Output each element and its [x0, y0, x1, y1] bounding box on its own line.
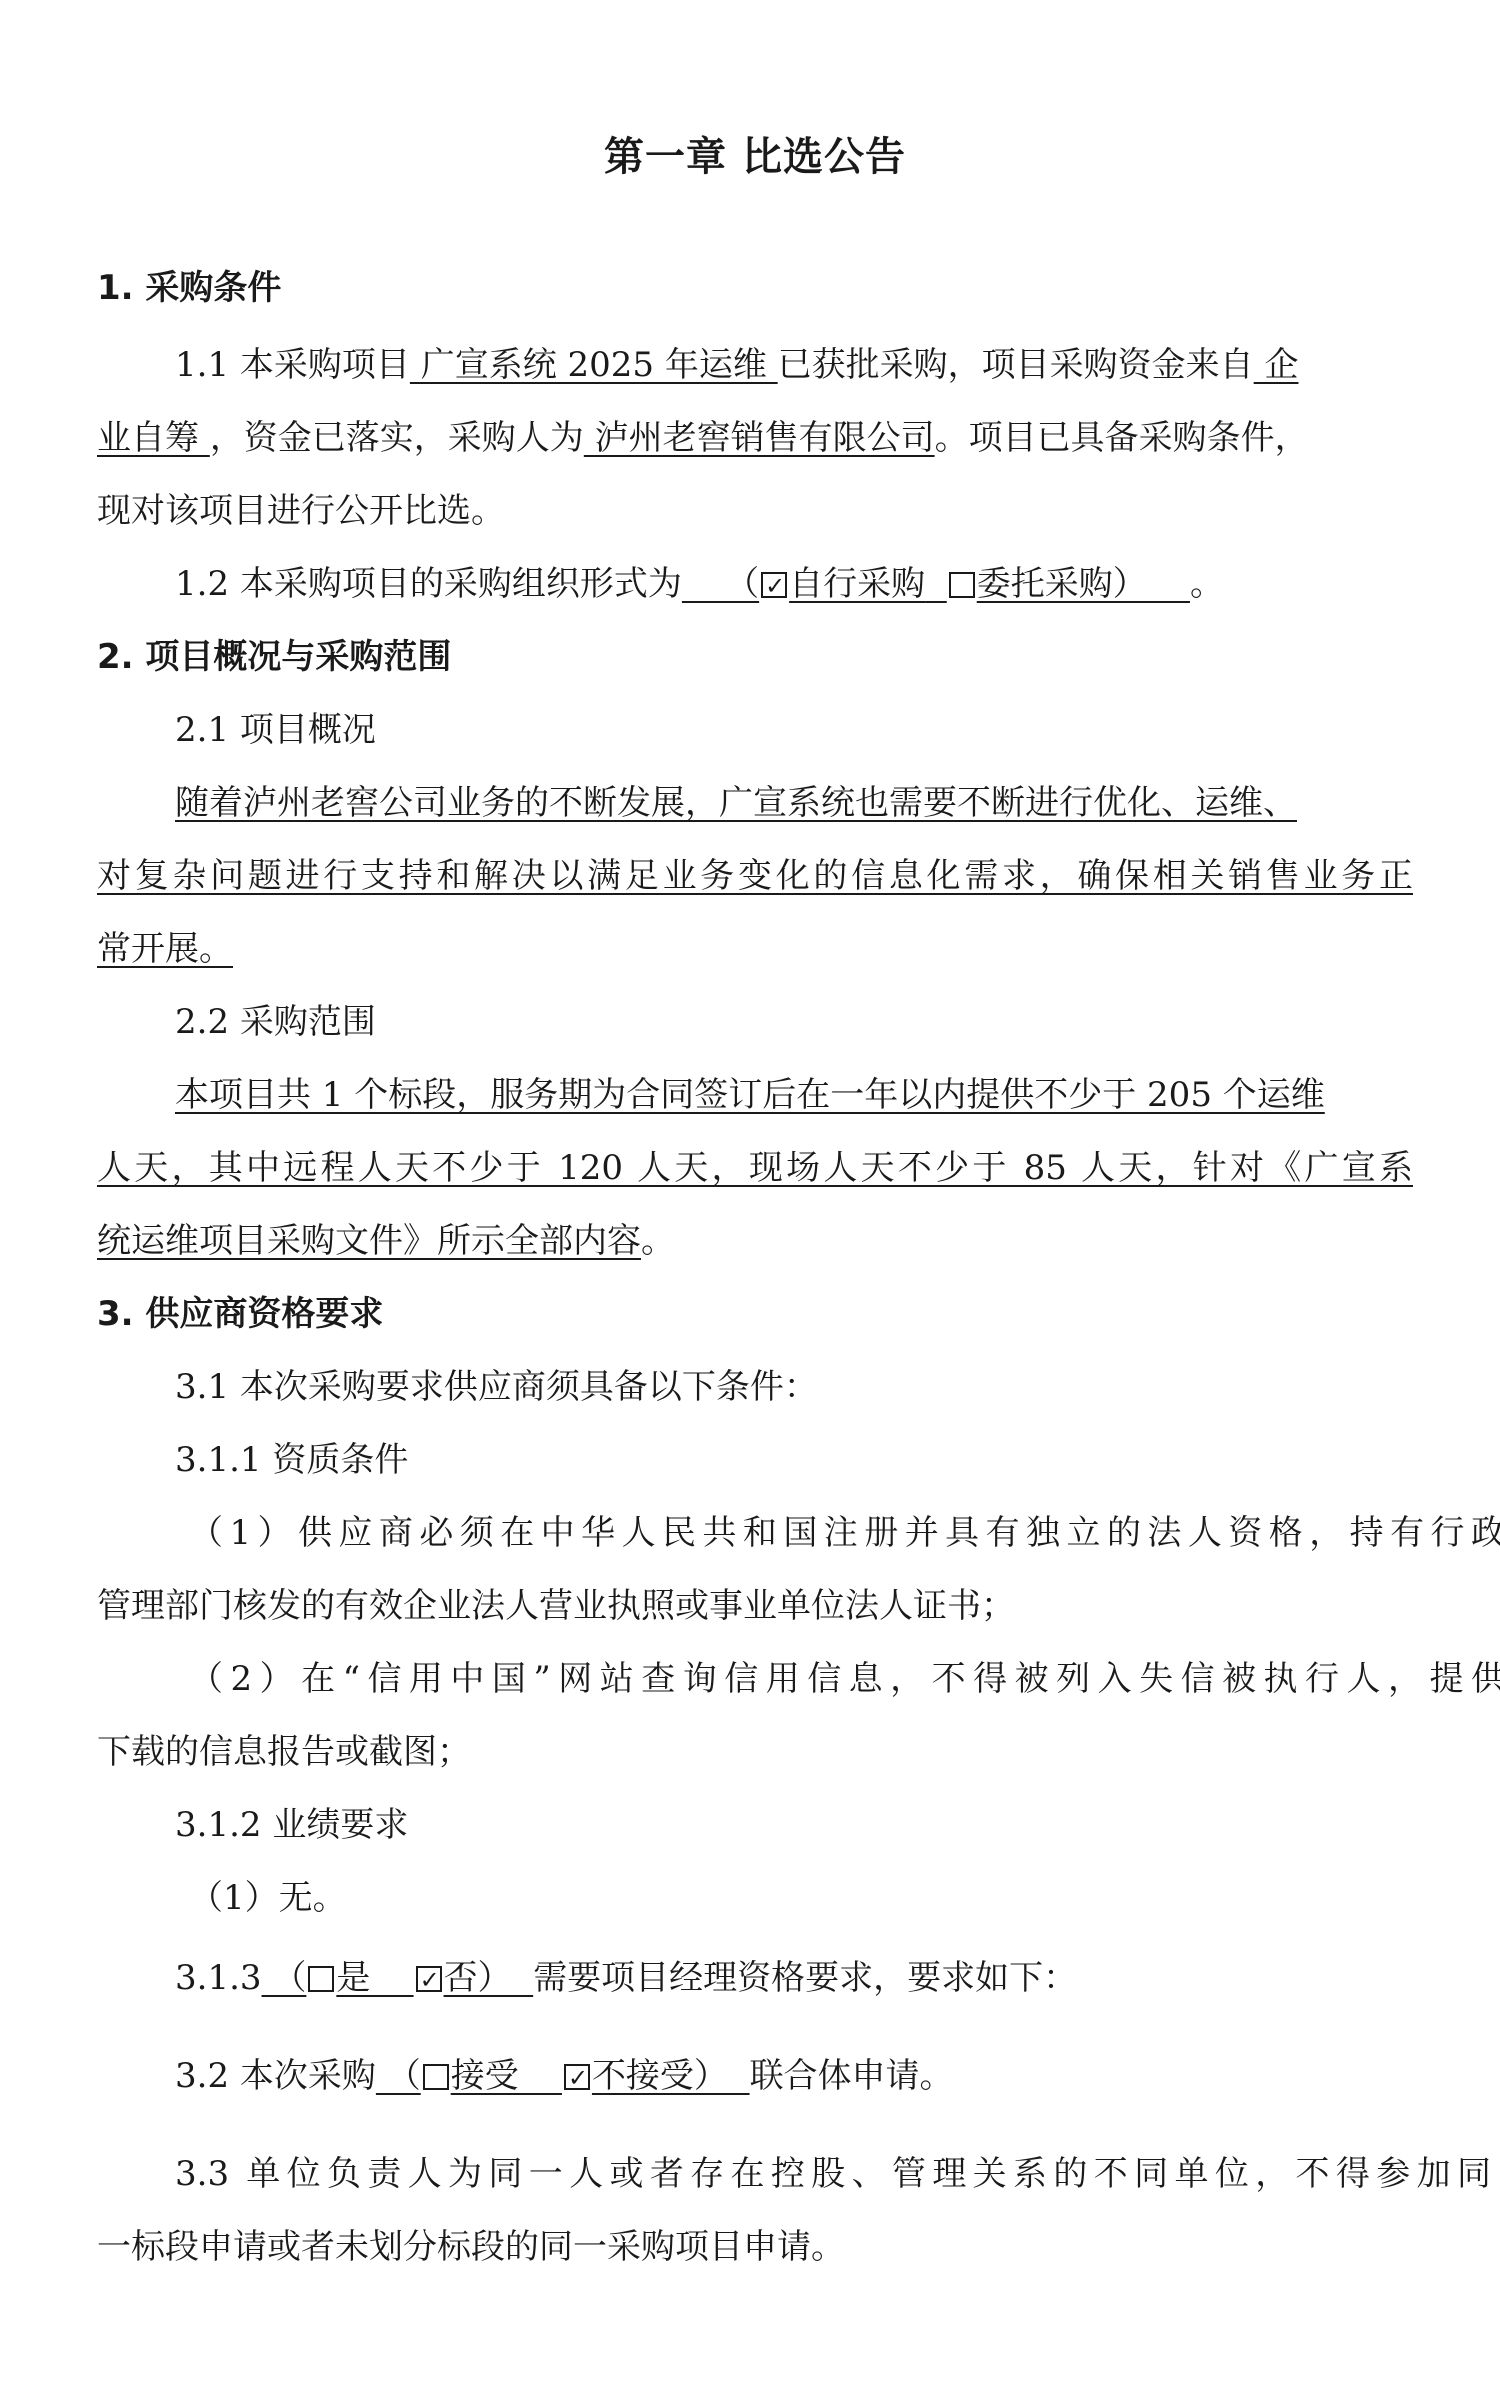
para-1-1-mid2: ，资金已落实，采购人为 [210, 418, 584, 458]
procurement-form-options: （自行采购 委托采购） [682, 564, 1190, 604]
performance-item-1: （1）无。 [97, 1878, 1500, 1918]
section-3-2-prefix: 3.2 本次采购 [175, 2056, 376, 2096]
section-3-2: 3.2 本次采购 （接受 不接受） 联合体申请。 [97, 2056, 1491, 2096]
fund-source-part1: 企 [1254, 345, 1299, 385]
scope-line-3-text: 统运维项目采购文件》所示全部内容 [97, 1221, 641, 1261]
scope-line-1: 本项目共 1 个标段，服务期为合同签订后在一年以内提供不少于 205 个运维 [97, 1075, 1491, 1115]
checkbox-self-procurement[interactable] [761, 572, 787, 598]
checkbox-consortium-accept[interactable] [423, 2064, 449, 2090]
section-3-heading: 3. 供应商资格要求 [97, 1294, 1413, 1334]
para-1-2-tail: 。 [1190, 564, 1224, 604]
section-3-1-3-tail: 需要项目经理资格要求，要求如下： [533, 1958, 1077, 1998]
pm-no-label: 否） [444, 1958, 534, 1998]
para-1-1-line-3: 现对该项目进行公开比选。 [97, 491, 1413, 531]
scope-line-3: 统运维项目采购文件》所示全部内容。 [97, 1221, 1413, 1261]
section-3-1-text: 3.1 本次采购要求供应商须具备以下条件： [97, 1367, 1491, 1407]
section-3-3-line-2: 一标段申请或者未划分标段的同一采购项目申请。 [97, 2227, 1413, 2267]
purchaser-name: 泸州老窖销售有限公司 [584, 418, 935, 458]
consortium-options-open-paren: （ [376, 2056, 421, 2096]
section-3-1-3-prefix: 3.1.3 [175, 1958, 262, 1998]
consortium-accept-label: 接受 [451, 2056, 562, 2096]
section-2-1-heading: 2.1 项目概况 [97, 710, 1491, 750]
checkbox-consortium-reject[interactable] [564, 2064, 590, 2090]
project-name: 广宣系统 2025 年运维 [410, 345, 778, 385]
qualification-1-line-1: （1）供应商必须在中华人民共和国注册并具有独立的法人资格，持有行政 [97, 1513, 1500, 1553]
checkbox-entrusted-procurement[interactable] [949, 572, 975, 598]
checkbox-pm-no[interactable] [416, 1966, 442, 1992]
options-open-paren: （ [682, 564, 759, 604]
overview-line-3-text: 常开展。 [97, 929, 233, 969]
pm-requirement-options: （是 否） [262, 1958, 534, 1998]
scope-line-3-tail: 。 [641, 1221, 675, 1261]
qualification-2-line-2: 下载的信息报告或截图； [97, 1732, 1413, 1772]
section-3-2-tail: 联合体申请。 [750, 2056, 954, 2096]
section-1-heading: 1. 采购条件 [97, 268, 1413, 308]
para-1-1-prefix: 1.1 本采购项目 [175, 345, 410, 385]
para-1-2-prefix: 1.2 本采购项目的采购组织形式为 [175, 564, 682, 604]
scope-line-2: 人天，其中远程人天不少于 120 人天，现场人天不少于 85 人天，针对《广宣系 [97, 1148, 1413, 1188]
overview-line-2: 对复杂问题进行支持和解决以满足业务变化的信息化需求，确保相关销售业务正 [97, 856, 1413, 896]
para-1-1-tail: 。项目已具备采购条件， [935, 418, 1309, 458]
qualification-1-line-2: 管理部门核发的有效企业法人营业执照或事业单位法人证书； [97, 1586, 1413, 1626]
chapter-title: 第一章 比选公告 [97, 125, 1413, 182]
section-2-heading: 2. 项目概况与采购范围 [97, 637, 1413, 677]
para-1-1-mid: 已获批采购，项目采购资金来自 [778, 345, 1254, 385]
section-3-1-3: 3.1.3 （是 否） 需要项目经理资格要求，要求如下： [97, 1958, 1491, 1998]
overview-line-3: 常开展。 [97, 929, 1413, 969]
option-self-procurement-label: 自行采购 [789, 564, 925, 604]
consortium-reject-label: 不接受） [592, 2056, 750, 2096]
section-3-3-line-1: 3.3 单位负责人为同一人或者存在控股、管理关系的不同单位，不得参加同 [97, 2154, 1491, 2194]
checkbox-pm-yes[interactable] [308, 1966, 334, 1992]
para-1-1-line-2: 业自筹 ，资金已落实，采购人为 泸州老窖销售有限公司。项目已具备采购条件， [97, 418, 1413, 458]
section-2-2-heading: 2.2 采购范围 [97, 1002, 1491, 1042]
section-3-1-2-heading: 3.1.2 业绩要求 [97, 1805, 1491, 1845]
para-1-1-line-1: 1.1 本采购项目 广宣系统 2025 年运维 已获批采购，项目采购资金来自 企 [97, 345, 1491, 385]
para-1-2: 1.2 本采购项目的采购组织形式为 （自行采购 委托采购） 。 [97, 564, 1491, 604]
fund-source-part2: 业自筹 [97, 418, 210, 458]
qualification-2-line-1: （2）在“信用中国”网站查询信用信息，不得被列入失信被执行人，提供 [97, 1659, 1500, 1699]
option-entrusted-procurement-label: 委托采购） [977, 564, 1190, 604]
consortium-options: （接受 不接受） [376, 2056, 750, 2096]
pm-yes-label: 是 [336, 1958, 413, 1998]
overview-line-1: 随着泸州老窖公司业务的不断发展，广宣系统也需要不断进行优化、运维、 [97, 783, 1491, 823]
pm-options-open-paren: （ [262, 1958, 307, 1998]
section-3-1-1-heading: 3.1.1 资质条件 [97, 1440, 1491, 1480]
